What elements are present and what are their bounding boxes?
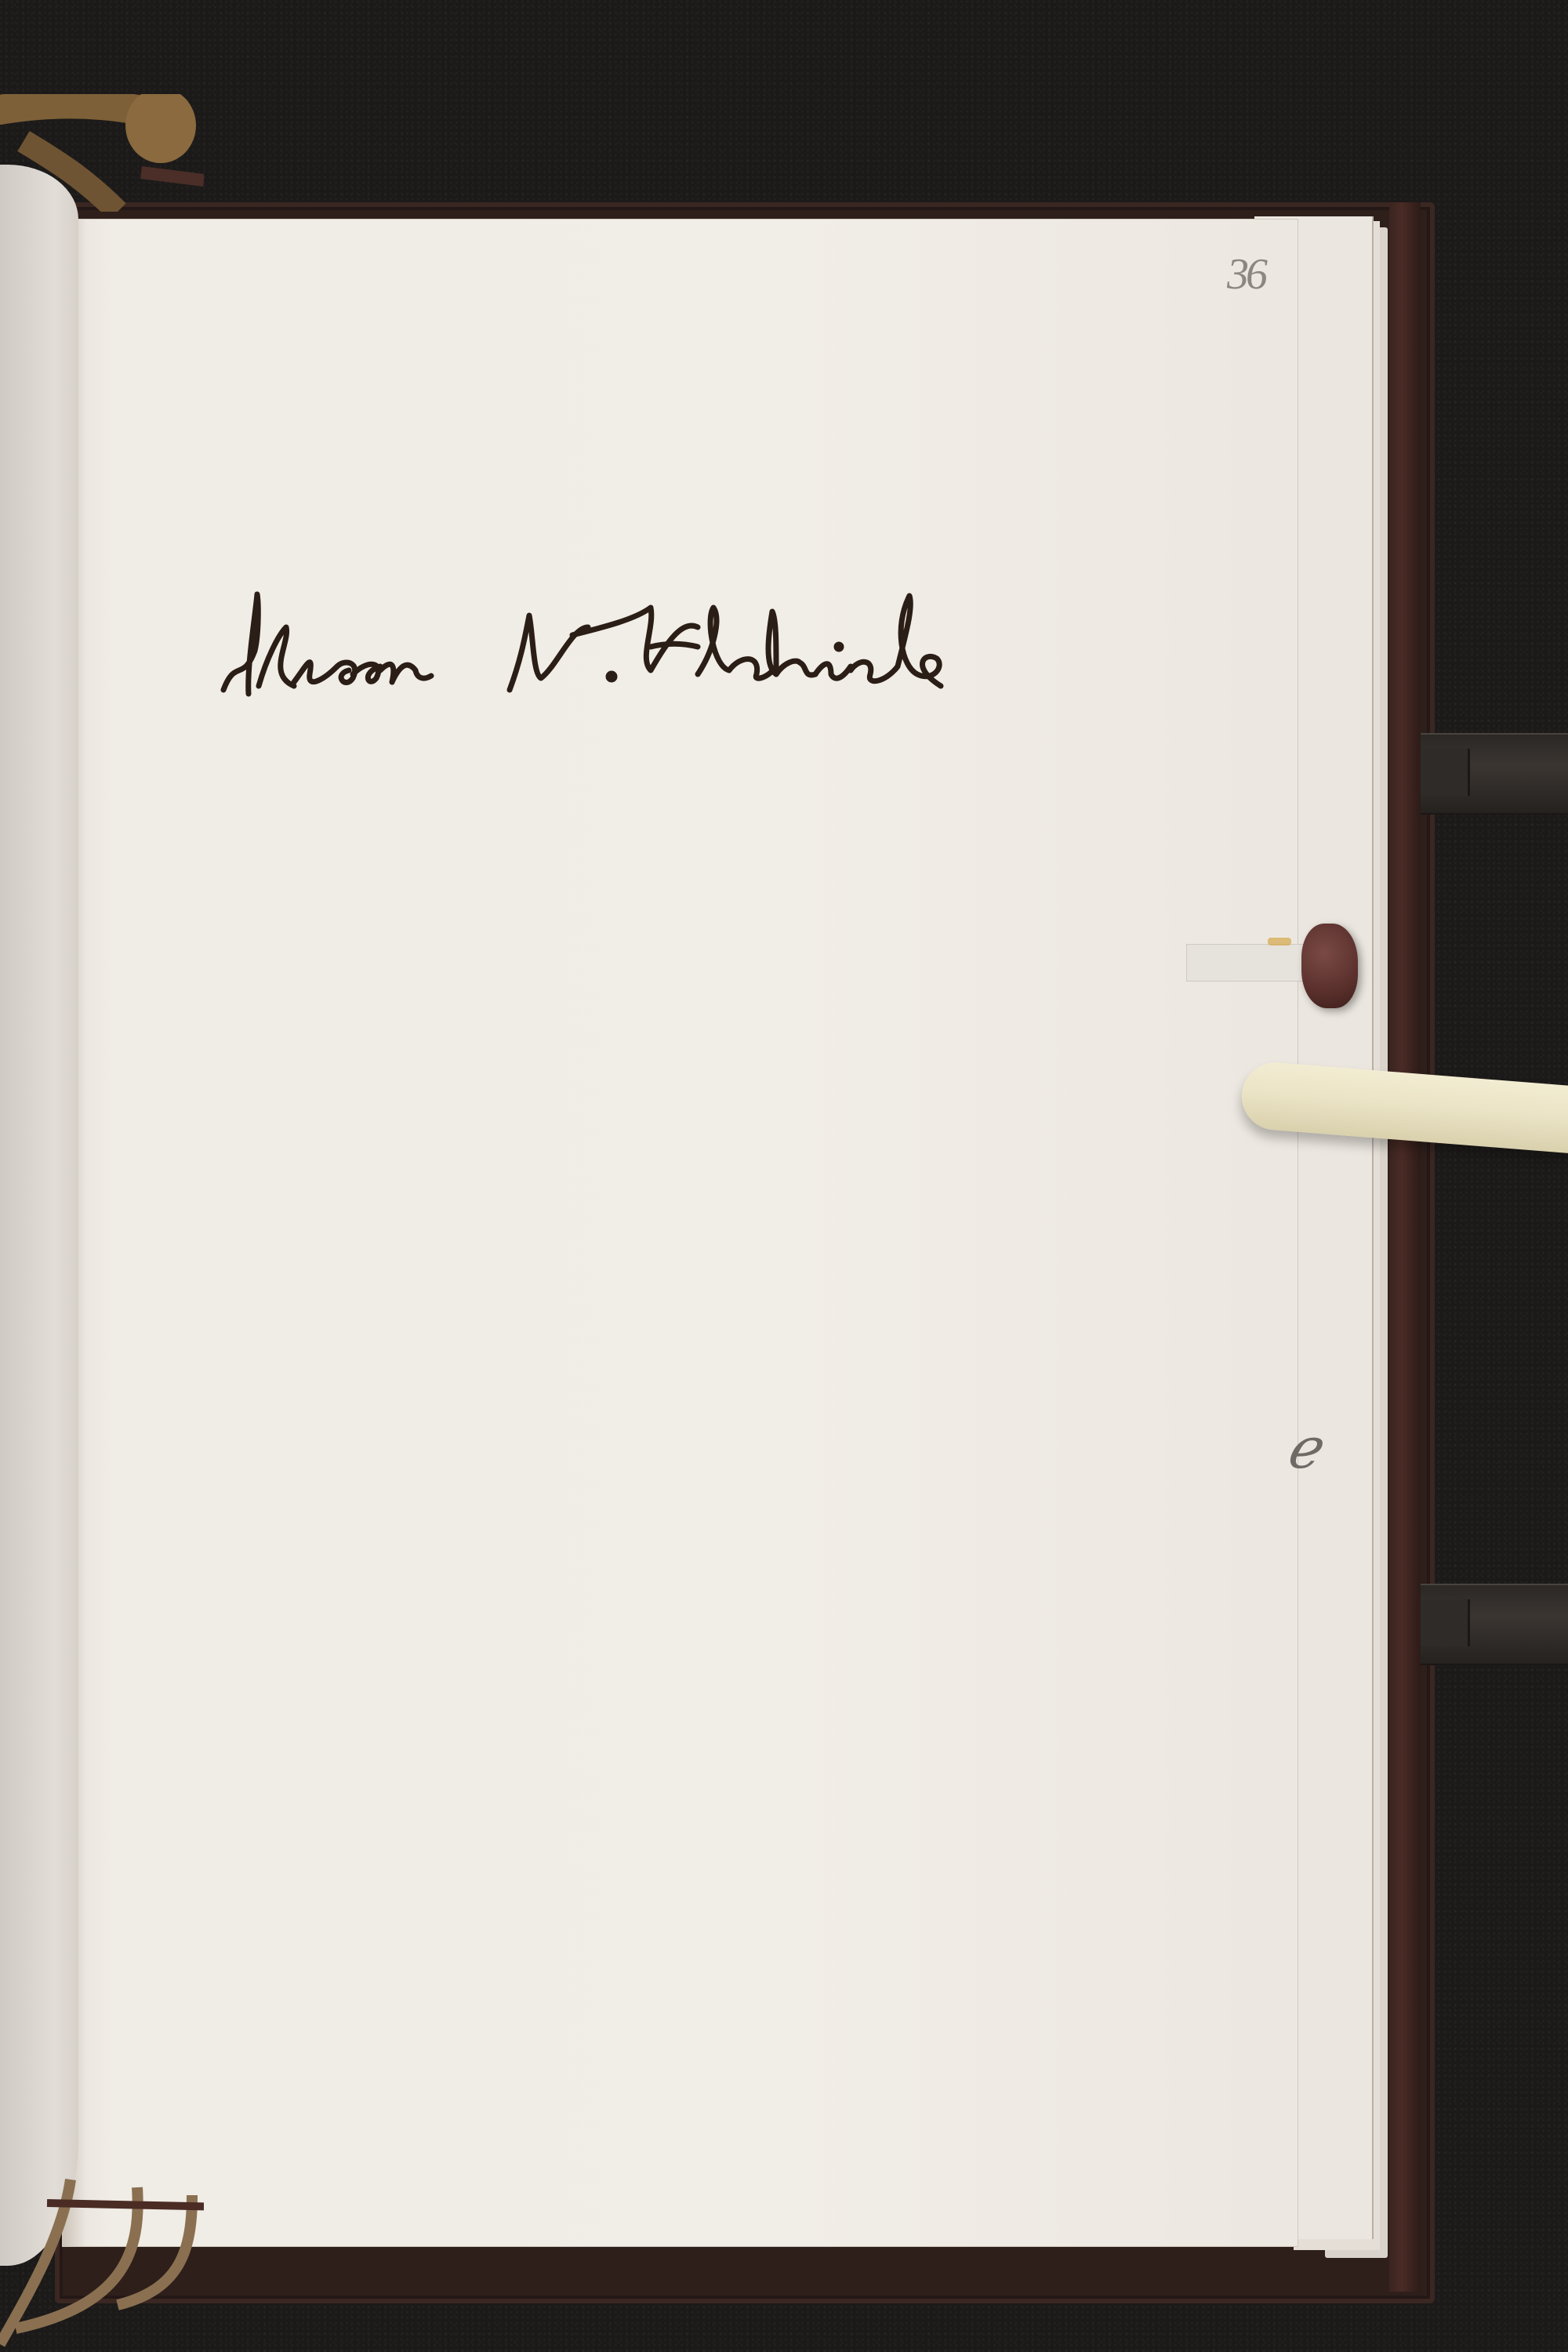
facing-page-curl[interactable] <box>0 165 78 2266</box>
book-cover-edge <box>1389 202 1421 2292</box>
adhesive-stain <box>1268 938 1291 946</box>
page-number: 36 <box>1227 249 1265 299</box>
signature: Nelson W. Aldrich <box>212 572 1231 745</box>
paper-tab <box>1186 944 1305 982</box>
margin-mark: ℯ <box>1286 1415 1319 1482</box>
lower-clasp <box>1421 1584 1568 1665</box>
upper-clasp <box>1421 733 1568 815</box>
album-page <box>63 220 1298 2246</box>
wax-seal <box>1301 924 1358 1008</box>
bottom-cord-ties <box>0 2172 204 2352</box>
top-cord-tie <box>0 94 204 212</box>
